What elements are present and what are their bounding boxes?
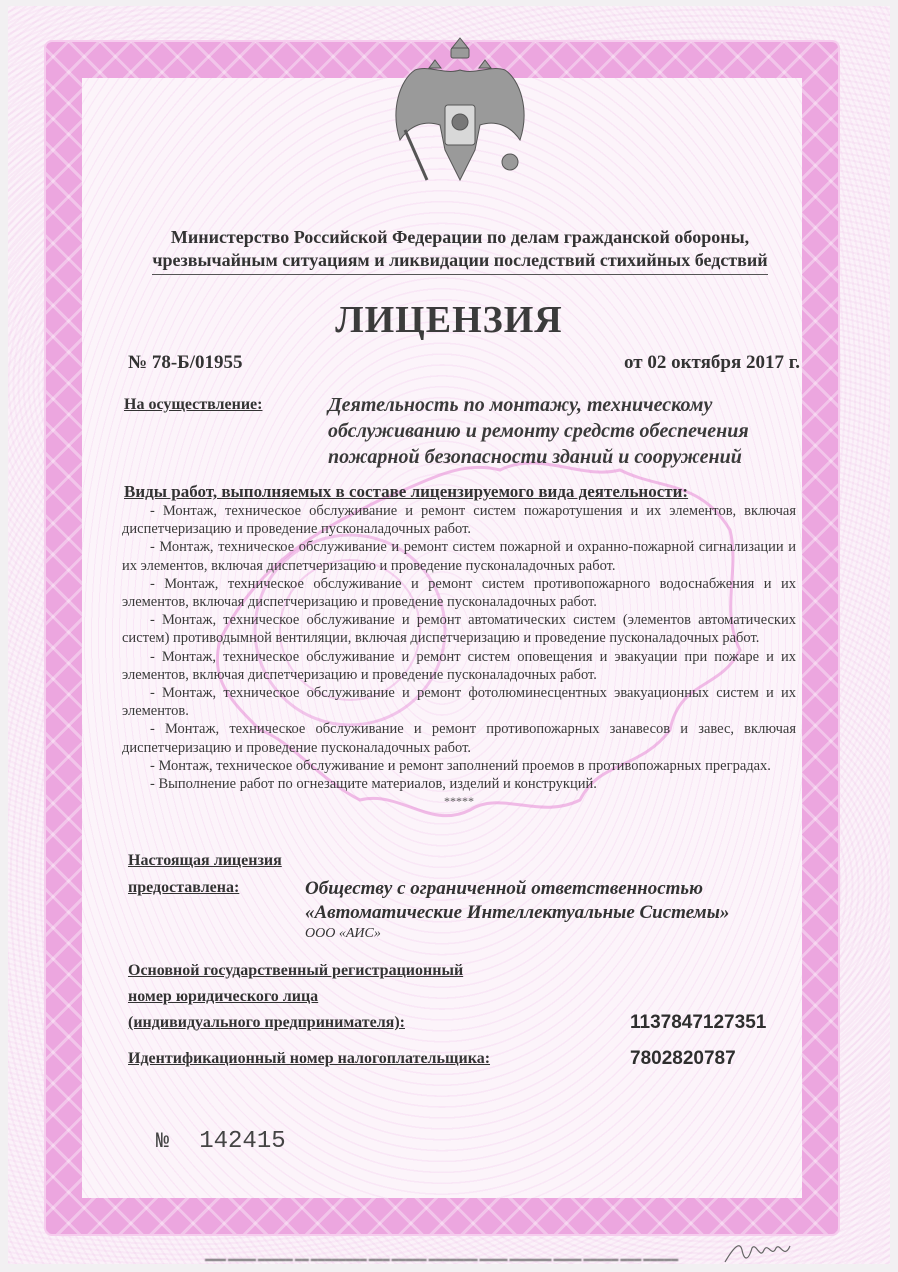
purpose-text: Деятельность по монтажу, техническому об… — [328, 392, 788, 470]
inn-label: Идентификационный номер налогоплательщик… — [128, 1050, 490, 1068]
purpose-label: На осуществление: — [124, 396, 262, 414]
granted-label-line-1: Настоящая лицензия — [128, 852, 282, 870]
work-item: - Монтаж, техническое обслуживание и рем… — [122, 575, 796, 611]
work-item: - Выполнение работ по огнезащите материа… — [122, 775, 796, 793]
document-title: ЛИЦЕНЗИЯ — [0, 298, 898, 342]
ministry-line-1: Министерство Российской Федерации по дел… — [120, 226, 800, 249]
license-date: от 02 октября 2017 г. — [624, 352, 800, 374]
ministry-header: Министерство Российской Федерации по дел… — [120, 226, 800, 275]
work-item: - Монтаж, техническое обслуживание и рем… — [122, 611, 796, 647]
blank-number: №142415 — [156, 1128, 286, 1155]
holder-short-name: ООО «АИС» — [305, 925, 805, 943]
work-item: - Монтаж, техническое обслуживание и рем… — [122, 502, 796, 538]
ogrn-label-line-1: Основной государственный регистрационный — [128, 962, 463, 980]
license-holder: Обществу с ограниченной ответственностью… — [305, 877, 805, 943]
work-item: - Монтаж, техническое обслуживание и рем… — [122, 648, 796, 684]
work-item: - Монтаж, техническое обслуживание и рем… — [122, 538, 796, 574]
signature-icon — [720, 1240, 820, 1266]
works-heading: Виды работ, выполняемых в составе лиценз… — [124, 482, 688, 502]
work-item: - Монтаж, техническое обслуживание и рем… — [122, 720, 796, 756]
russian-coat-of-arms-icon — [385, 30, 535, 190]
ogrn-label-line-3: (индивидуального предпринимателя): — [128, 1014, 405, 1032]
blank-number-value: 142415 — [199, 1128, 285, 1155]
printer-imprint: ▬▬▬ ▬▬▬▬ ▬▬▬▬▬ ▬▬ ▬▬▬▬▬▬▬▬ ▬▬▬ ▬▬▬▬▬ ▬▬▬… — [205, 1256, 725, 1263]
number-sign: № — [156, 1129, 169, 1154]
inn-value: 7802820787 — [630, 1048, 736, 1070]
ministry-line-2: чрезвычайным ситуациям и ликвидации посл… — [152, 249, 767, 275]
holder-line-2: «Автоматические Интеллектуальные Системы… — [305, 901, 805, 925]
granted-label-line-2: предоставлена: — [128, 879, 239, 897]
work-item: - Монтаж, техническое обслуживание и рем… — [122, 757, 796, 775]
holder-line-1: Обществу с ограниченной ответственностью — [305, 877, 805, 901]
license-number: № 78-Б/01955 — [128, 352, 243, 374]
ogrn-value: 1137847127351 — [630, 1012, 766, 1034]
ogrn-label-line-2: номер юридического лица — [128, 988, 318, 1006]
works-list: - Монтаж, техническое обслуживание и рем… — [122, 502, 796, 808]
separator: ***** — [122, 794, 796, 808]
work-item: - Монтаж, техническое обслуживание и рем… — [122, 684, 796, 720]
